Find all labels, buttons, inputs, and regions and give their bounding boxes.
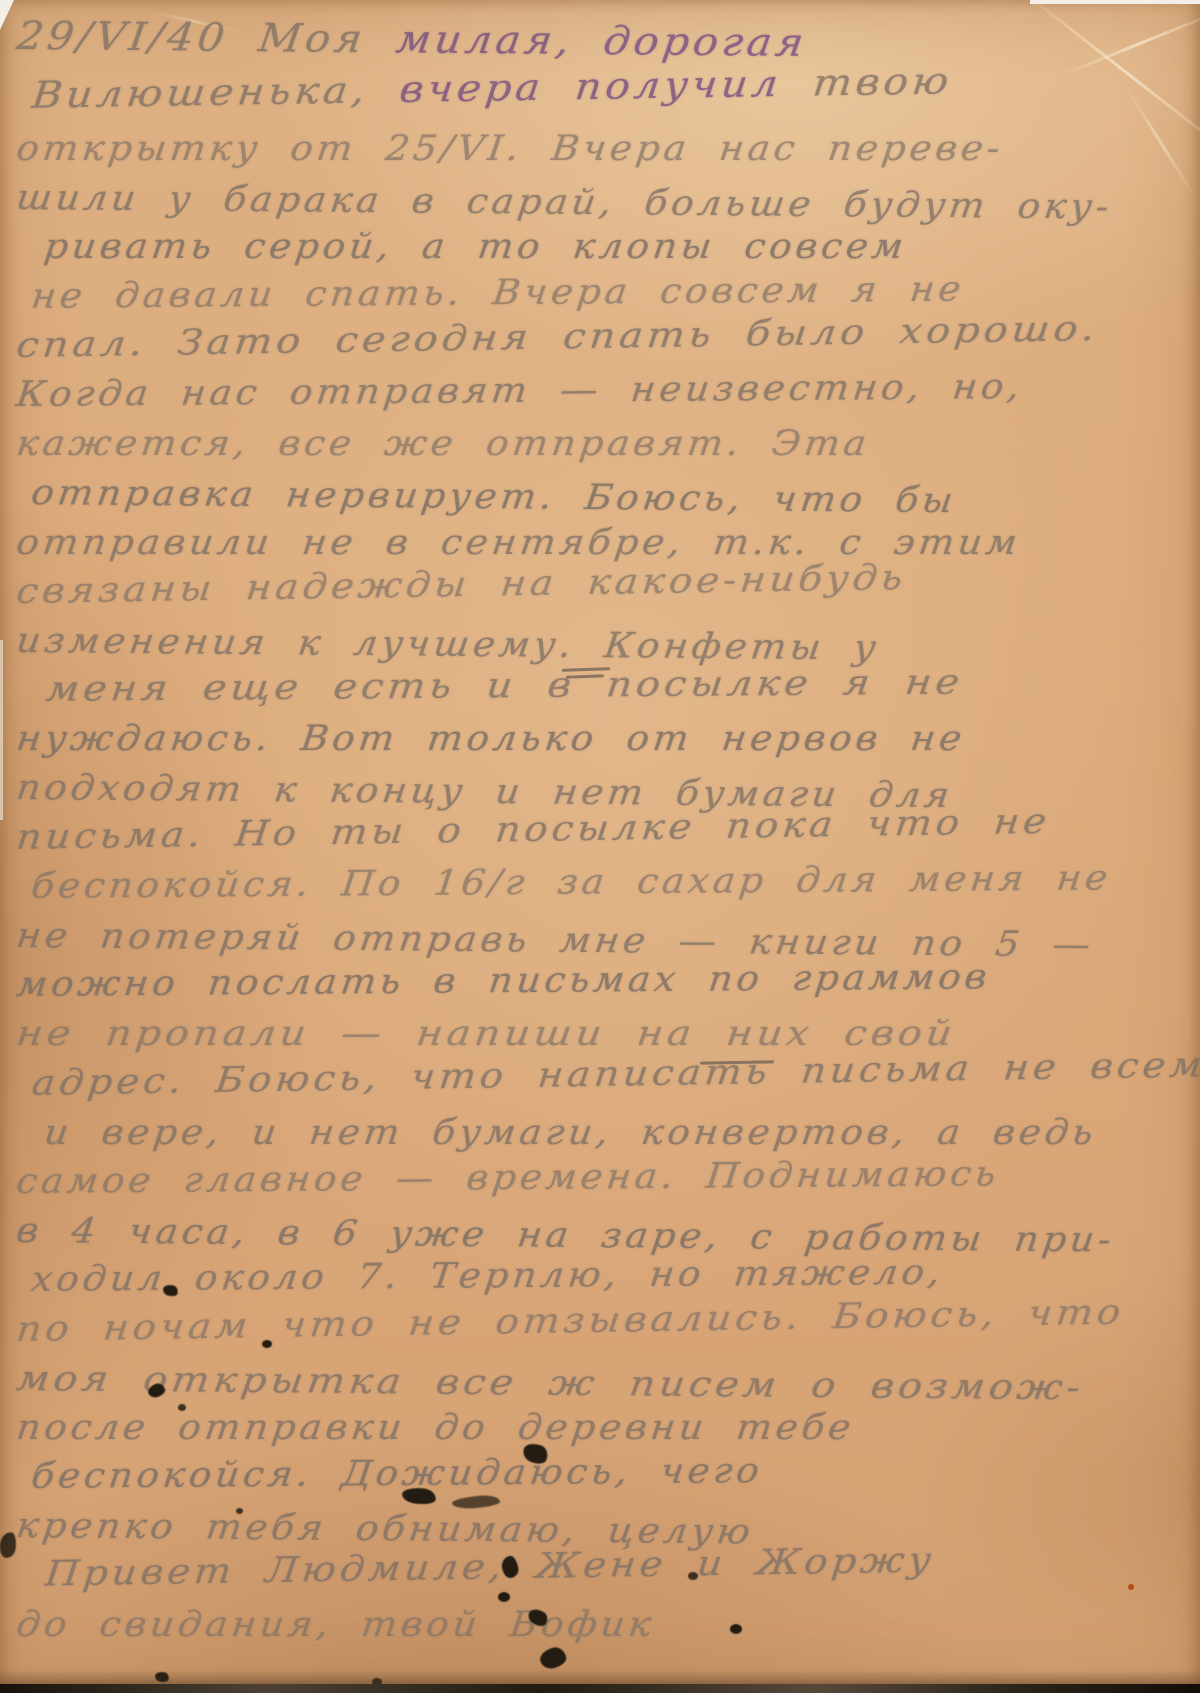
ink-blot [688, 1572, 698, 1580]
handwriting-segment: Вилюшенька, [30, 68, 402, 117]
ink-blot [262, 1340, 272, 1348]
handwriting-line: открытку от 25/VI. Вчера нас переве- [13, 129, 1200, 178]
handwriting-segment: не давали спать. Вчера совсем я не [29, 269, 966, 316]
paper-speck [1128, 1584, 1134, 1590]
handwriting-segment: моя открытка все ж писем о возмож- [14, 1359, 1087, 1408]
ink-blot [730, 1624, 742, 1634]
handwriting-line: самое главное — времена. Поднимаюсь [13, 1152, 1200, 1211]
handwriting-segment: можно послать в письмах по граммов [14, 958, 992, 1006]
handwriting-line: беспокойся. По 16/г за сахар для меня не [13, 857, 1200, 916]
handwriting-line: нуждаюсь. Вот только от нервов не [13, 719, 1200, 768]
handwriting-segment: не пропали — напиши на них свой [14, 1014, 958, 1054]
handwriting-line: можно послать в письмах по граммов [13, 955, 1200, 1014]
scan-edge-sliver [0, 640, 3, 820]
ink-blot [498, 1592, 510, 1602]
scan-edge-sliver [1030, 0, 1200, 4]
handwriting-segment: беспокойся. По 16/г за сахар для меня не [29, 858, 1113, 907]
handwriting-segment: кажется, все же отправят. Эта [14, 424, 872, 464]
handwriting-line: до свидания, твой Вофик [13, 1605, 1200, 1654]
handwriting-segment: до свидания, твой Вофик [14, 1605, 657, 1645]
handwriting-segment: и вере, и нет бумаги, конвертов, а ведь [42, 1113, 1099, 1153]
scanned-letter: 29/VI/40 Моя милая, дорогаяВилюшенька, в… [0, 0, 1200, 1693]
scan-corner-sliver [0, 0, 14, 30]
handwriting-segment: Когда нас отправят — неизвестно, но, [14, 367, 1025, 415]
scan-bottom-edge [0, 1684, 1200, 1693]
ink-blot [236, 1508, 243, 1514]
handwriting-line: беспокойся. Дожидаюсь, чего [13, 1447, 1200, 1506]
handwriting-segment: ривать серой, а то клопы совсем [42, 227, 909, 267]
handwriting-segment: отправка нервирует. Боюсь, что бы [29, 473, 959, 521]
handwriting-segment: беспокойся. Дожидаюсь, чего [29, 1451, 765, 1497]
handwriting-segment: вчера получил [398, 62, 784, 111]
handwriting-segment: после отправки до деревни тебе [14, 1408, 857, 1448]
handwriting-segment: нуждаюсь. Вот только от нервов не [14, 719, 967, 759]
handwriting-segment: отправили не в сентябре, т.к. с этим [14, 523, 1023, 563]
bottom-shadow [0, 1670, 1200, 1684]
handwriting-segment: твою [779, 59, 954, 105]
handwriting-line: Когда нас отправят — неизвестно, но, [13, 365, 1200, 424]
postcard-paper: 29/VI/40 Моя милая, дорогаяВилюшенька, в… [0, 0, 1200, 1693]
handwriting-lines: 29/VI/40 Моя милая, дорогаяВилюшенька, в… [16, 14, 1200, 1654]
handwriting-segment: милая, дорогая [393, 17, 809, 66]
handwriting-segment: изменения к лучшему. Конфеты у [14, 621, 882, 668]
handwriting-segment: меня еще есть и в посылке я не [44, 663, 966, 710]
handwriting-segment: самое главное — времена. Поднимаюсь [14, 1154, 1001, 1202]
ink-blot [178, 1404, 186, 1411]
handwriting-segment: открытку от 25/VI. Вчера нас переве- [14, 129, 1006, 169]
handwriting-line: кажется, все же отправят. Эта [13, 424, 1200, 473]
handwriting-segment: шили у барака в сарай, больше будут оку- [14, 178, 1115, 228]
handwriting-segment: 29/VI/40 Моя [14, 14, 399, 62]
